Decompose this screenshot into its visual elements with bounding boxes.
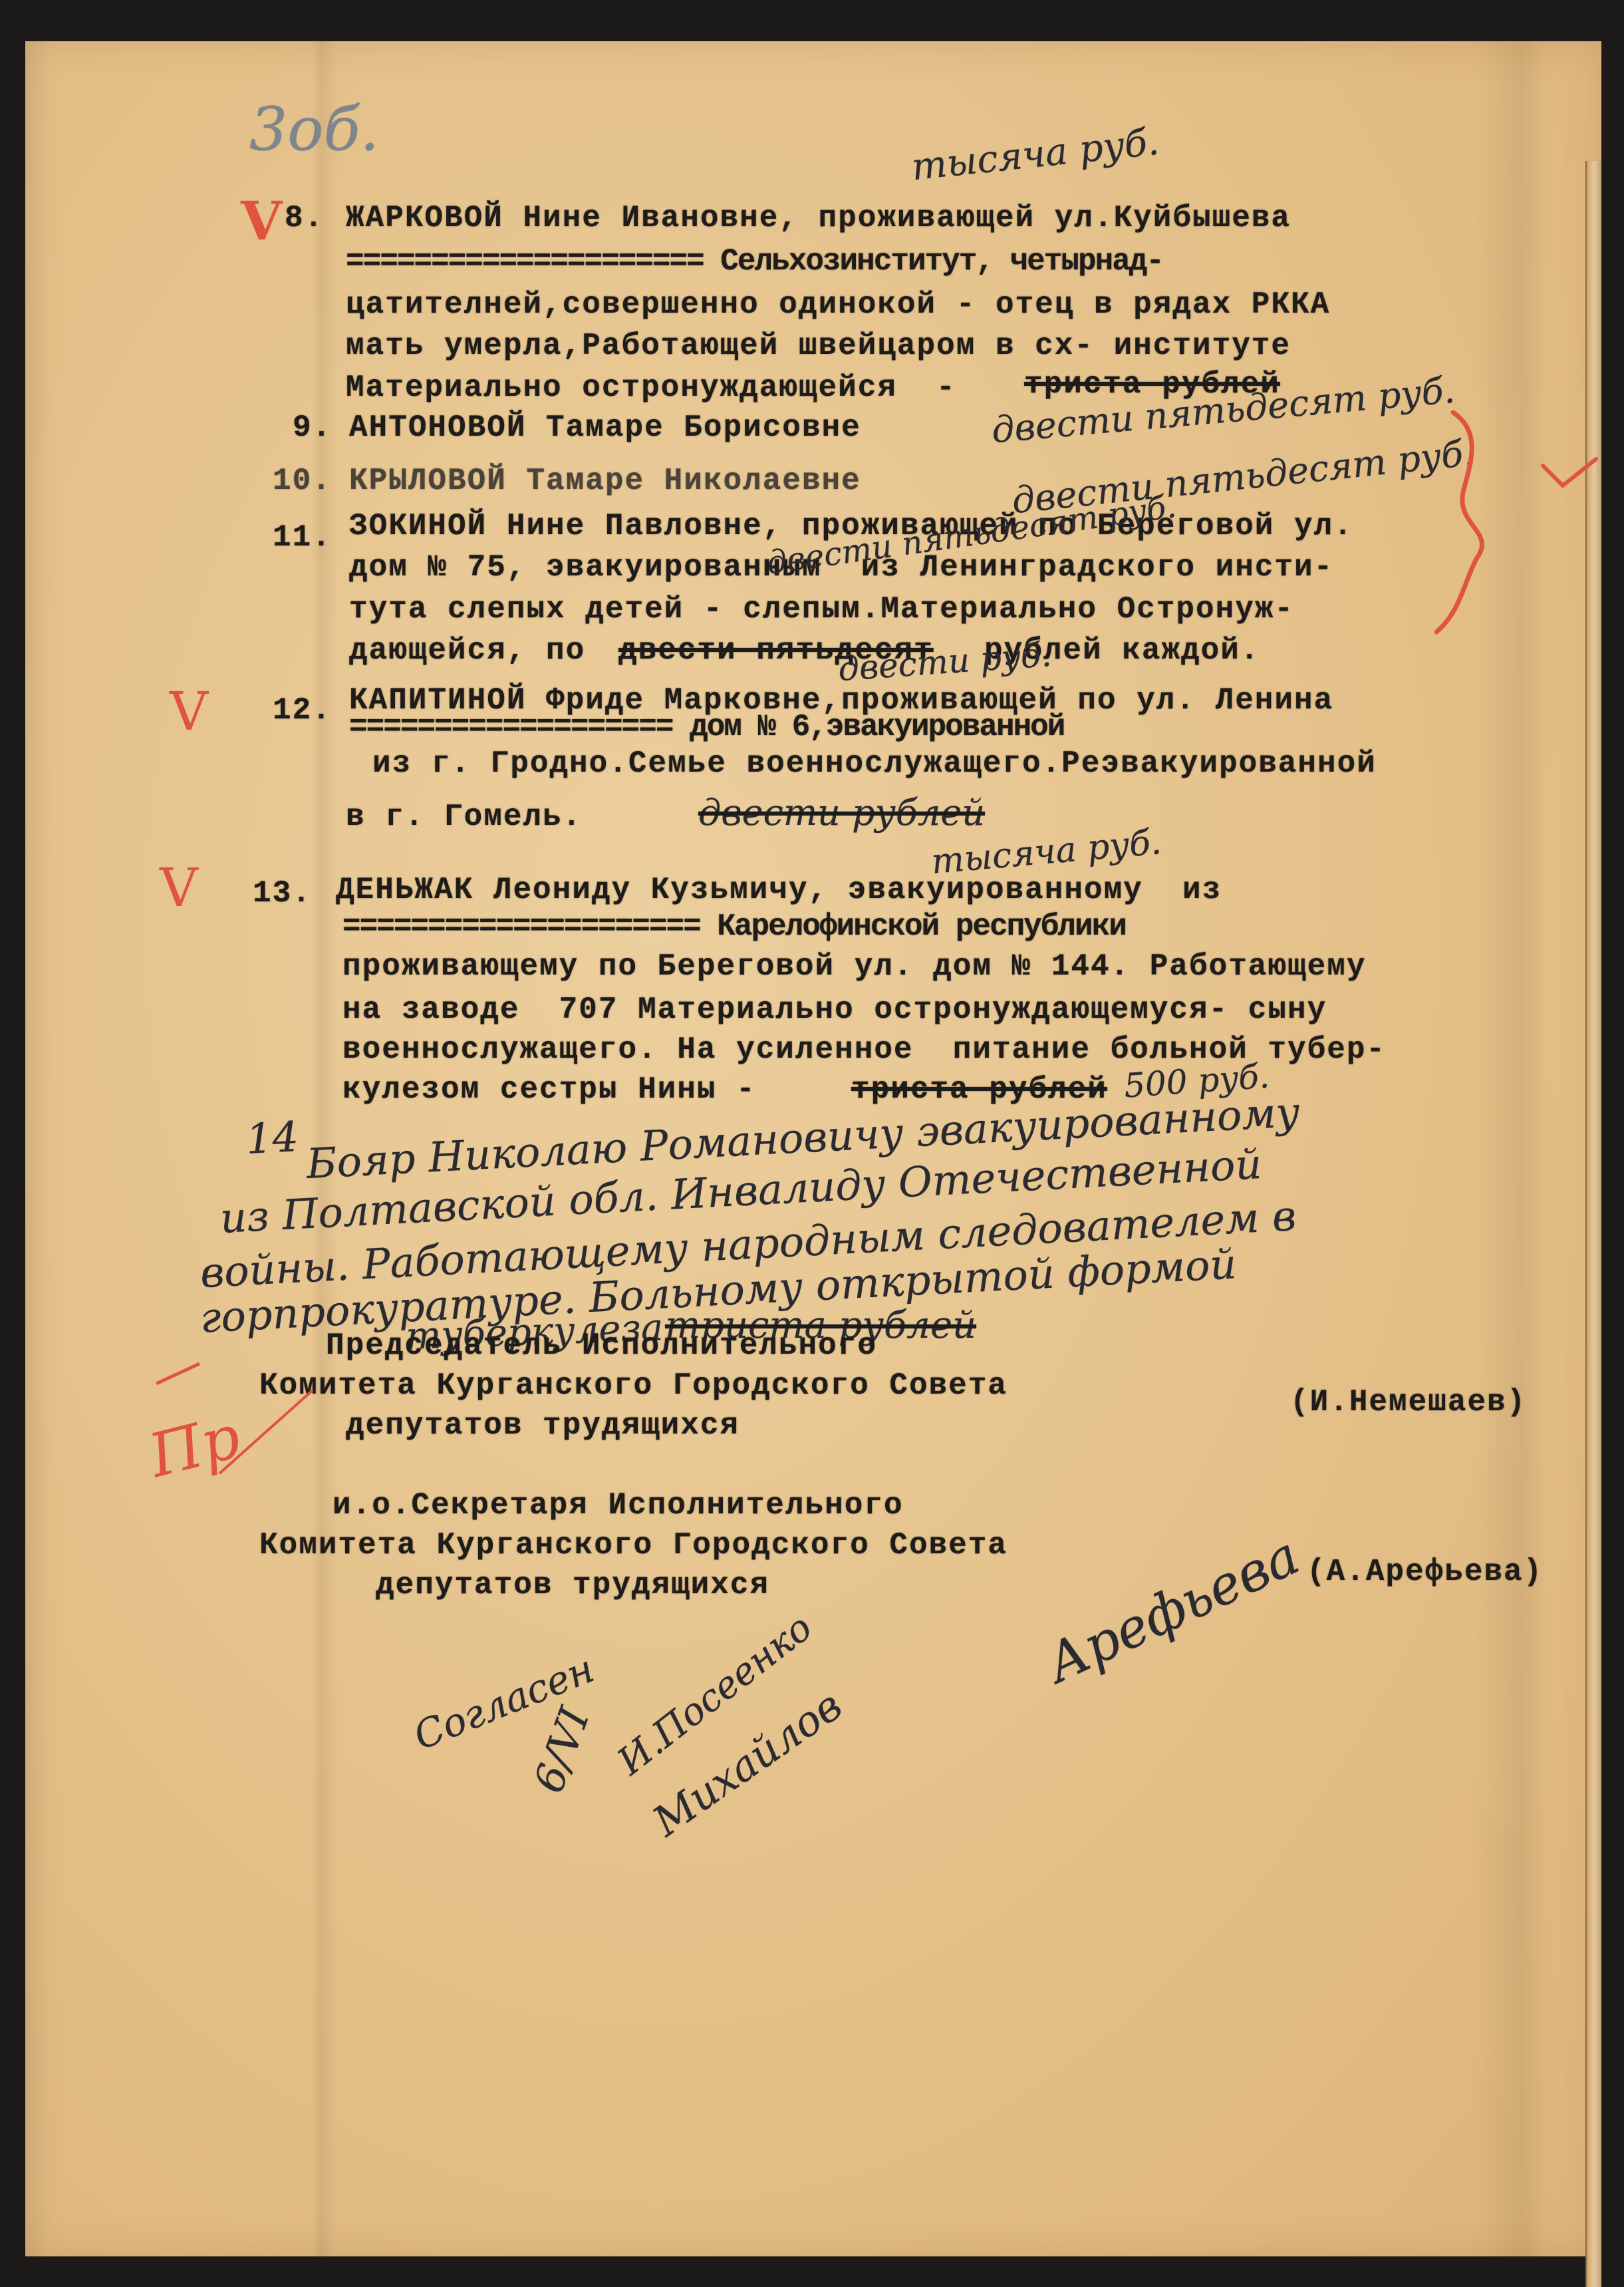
entry-line: ===================== Карелофинской респ… <box>342 911 1126 942</box>
check-mark-icon: V <box>160 861 198 915</box>
entry-line: ===================== Сельхозинститут, ч… <box>346 246 1163 277</box>
struck-amount: двести рублей <box>698 795 985 831</box>
check-mark-icon: V <box>170 685 208 738</box>
entry-line: на заводе 707 Материально остронуждающем… <box>342 994 1327 1025</box>
entry-number: 9. <box>293 412 332 443</box>
signatory-title: депутатов трудящихся <box>346 1410 740 1441</box>
entry-line: АНТОНОВОЙ Тамаре Борисовне <box>349 412 861 443</box>
entry-line: проживающему по Береговой ул. дом № 144.… <box>342 951 1366 982</box>
check-mark-icon: V <box>241 194 282 247</box>
entry-line: мать умерла,Работающей швейцаром в сх- и… <box>346 331 1291 361</box>
entry-number: 10. <box>273 466 332 496</box>
entry-line: в г. Гомель. <box>346 802 582 832</box>
entry-number: 14 <box>245 1116 299 1160</box>
entry-number: 13. <box>253 878 312 909</box>
entry-number: 12. <box>273 695 332 726</box>
entry-line: КРЫЛОВОЙ Тамаре Николаевне <box>349 466 861 496</box>
entry-line: тута слепых детей - слепым.Материально О… <box>349 594 1294 625</box>
entry-line: кулезом сестры Нины - <box>342 1074 756 1105</box>
entry-line: из г. Гродно.Семье военнослужащего.Реэва… <box>372 748 1377 779</box>
entry-line: цатителней,совершенно одинокой - отец в … <box>346 289 1330 320</box>
signatory-title: Комитета Курганского Городского Совета <box>259 1370 1008 1401</box>
signatory-title: депутатов трудящихся <box>376 1570 769 1601</box>
entry-number: 11. <box>273 522 332 553</box>
signatory-name: (А.Арефьева) <box>1307 1557 1543 1587</box>
signatory-title: и.о.Секретаря Исполнительного <box>333 1490 904 1521</box>
entry-line: ДЕНЬЖАК Леониду Кузьмичу, эвакуированном… <box>336 875 1222 905</box>
entry-line: дающейся, по <box>349 635 585 666</box>
entry-number: 8. <box>285 203 324 233</box>
signatory-title: Комитета Курганского Городского Совета <box>259 1530 1008 1561</box>
entry-line: Материально остронуждающейся - <box>346 373 956 403</box>
page-number-pencil: 3об. <box>249 100 379 160</box>
signatory-name: (И.Немешаев) <box>1290 1387 1526 1418</box>
signatory-title: Председатель Исполнительного <box>326 1330 877 1361</box>
page-edge <box>1585 161 1601 2287</box>
entry-line: =================== дом № 6,эвакуированн… <box>349 712 1064 742</box>
entry-line: ЖАРКОВОЙ Нине Ивановне, проживающей ул.К… <box>346 203 1291 233</box>
